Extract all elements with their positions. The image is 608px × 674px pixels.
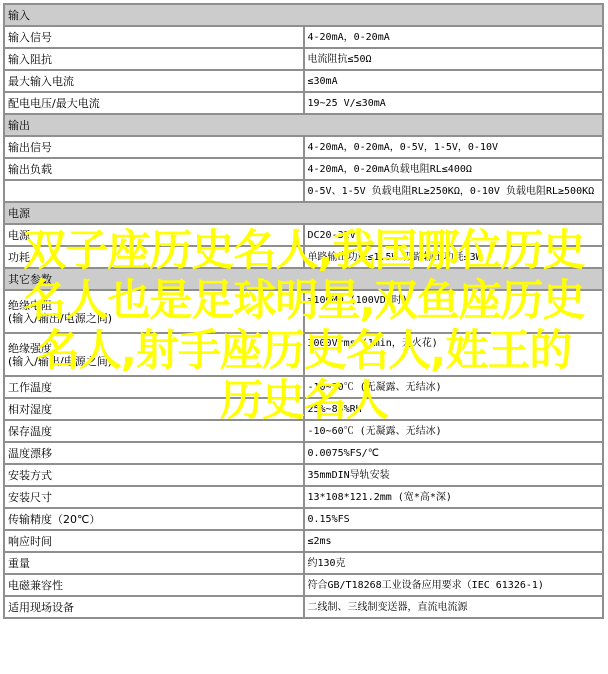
spec-value: 3000Vrms (1min，无火花) [304,333,604,376]
spec-value: 约130克 [304,552,604,574]
spec-value: -10~50℃ (无凝露、无结冰) [304,376,604,398]
table-row: 工作温度 -10~50℃ (无凝露、无结冰) [4,376,603,398]
spec-value: 0-5V、1-5V 负载电阻RL≥250KΩ，0-10V 负载电阻RL≥500K… [304,180,604,202]
table-row: 绝缘强度 (输入/输出/电源之间) 3000Vrms (1min，无火花) [4,333,603,376]
spec-value: ≤2ms [304,530,604,552]
spec-label: 输入信号 [4,26,304,48]
table-row: 电磁兼容性 符合GB/T18268工业设备应用要求（IEC 61326-1) [4,574,603,596]
section-header-input: 输入 [4,4,603,26]
table-row: 最大输入电流 ≤30mA [4,70,603,92]
table-row: 响应时间 ≤2ms [4,530,603,552]
table-row: 输入信号 4-20mA，0-20mA [4,26,603,48]
table-row: 传输精度（20℃） 0.15%FS [4,508,603,530]
spec-label [4,180,304,202]
spec-label: 安装尺寸 [4,486,304,508]
table-row: 功耗 单路输出功耗≤1.5W 双路输出功耗≤3W [4,246,603,268]
table-row: 输入阻抗 电流阻抗≤50Ω [4,48,603,70]
spec-label: 安装方式 [4,464,304,486]
section-title: 输入 [4,4,603,26]
spec-label-line1: 绝缘电阻 [8,299,52,312]
spec-label: 绝缘强度 (输入/输出/电源之间) [4,333,304,376]
spec-label: 保存温度 [4,420,304,442]
spec-label: 输入阻抗 [4,48,304,70]
table-row: 保存温度 -10~60℃ (无凝露、无结冰) [4,420,603,442]
section-header-output: 输出 [4,114,603,136]
spec-label: 最大输入电流 [4,70,304,92]
spec-label: 输出负载 [4,158,304,180]
table-row: 安装方式 35mmDIN导轨安装 [4,464,603,486]
spec-value: 4-20mA，0-20mA [304,26,604,48]
table-row: 重量 约130克 [4,552,603,574]
spec-value: 35mmDIN导轨安装 [304,464,604,486]
spec-label: 重量 [4,552,304,574]
section-header-other: 其它参数 [4,268,603,290]
spec-value: 25%~85%RH [304,398,604,420]
spec-label-line2: (输入/输出/电源之间) [8,355,299,368]
section-title: 电源 [4,202,603,224]
table-row: 配电电压/最大电流 19~25 V/≤30mA [4,92,603,114]
spec-value: 电流阻抗≤50Ω [304,48,604,70]
spec-value: 4-20mA，0-20mA，0-5V，1-5V，0-10V [304,136,604,158]
section-header-power: 电源 [4,202,603,224]
section-title: 其它参数 [4,268,603,290]
table-row: 适用现场设备 二线制、三线制变送器，直流电流源 [4,596,603,618]
spec-value: 单路输出功耗≤1.5W 双路输出功耗≤3W [304,246,604,268]
spec-value: 0.0075%FS/℃ [304,442,604,464]
spec-value: 19~25 V/≤30mA [304,92,604,114]
spec-label: 电磁兼容性 [4,574,304,596]
section-title: 输出 [4,114,603,136]
spec-label: 传输精度（20℃） [4,508,304,530]
spec-value: 13*108*121.2mm (宽*高*深) [304,486,604,508]
table-row: 电源 DC20-32V [4,224,603,246]
spec-label: 配电电压/最大电流 [4,92,304,114]
spec-label: 相对湿度 [4,398,304,420]
spec-value: 二线制、三线制变送器，直流电流源 [304,596,604,618]
spec-label: 响应时间 [4,530,304,552]
table-row: 温度漂移 0.0075%FS/℃ [4,442,603,464]
spec-value: 符合GB/T18268工业设备应用要求（IEC 61326-1) [304,574,604,596]
spec-label: 温度漂移 [4,442,304,464]
spec-value: 4-20mA，0-20mA负载电阻RL≤400Ω [304,158,604,180]
spec-value: 0.15%FS [304,508,604,530]
spec-value: DC20-32V [304,224,604,246]
spec-label: 适用现场设备 [4,596,304,618]
table-row: 安装尺寸 13*108*121.2mm (宽*高*深) [4,486,603,508]
spec-value: ≥100MΩ (100VDC时) [304,290,604,333]
table-row: 输出信号 4-20mA，0-20mA，0-5V，1-5V，0-10V [4,136,603,158]
table-row: 相对湿度 25%~85%RH [4,398,603,420]
spec-label: 工作温度 [4,376,304,398]
spec-label: 绝缘电阻 (输入/输出/电源之间) [4,290,304,333]
table-row: 绝缘电阻 (输入/输出/电源之间) ≥100MΩ (100VDC时) [4,290,603,333]
spec-value: -10~60℃ (无凝露、无结冰) [304,420,604,442]
table-row: 0-5V、1-5V 负载电阻RL≥250KΩ，0-10V 负载电阻RL≥500K… [4,180,603,202]
spec-label: 功耗 [4,246,304,268]
spec-label: 输出信号 [4,136,304,158]
table-row: 输出负载 4-20mA，0-20mA负载电阻RL≤400Ω [4,158,603,180]
spec-label-line2: (输入/输出/电源之间) [8,312,299,325]
spec-label-line1: 绝缘强度 [8,342,52,355]
spec-table: 输入 输入信号 4-20mA，0-20mA 输入阻抗 电流阻抗≤50Ω 最大输入… [3,3,604,619]
spec-value: ≤30mA [304,70,604,92]
spec-label: 电源 [4,224,304,246]
